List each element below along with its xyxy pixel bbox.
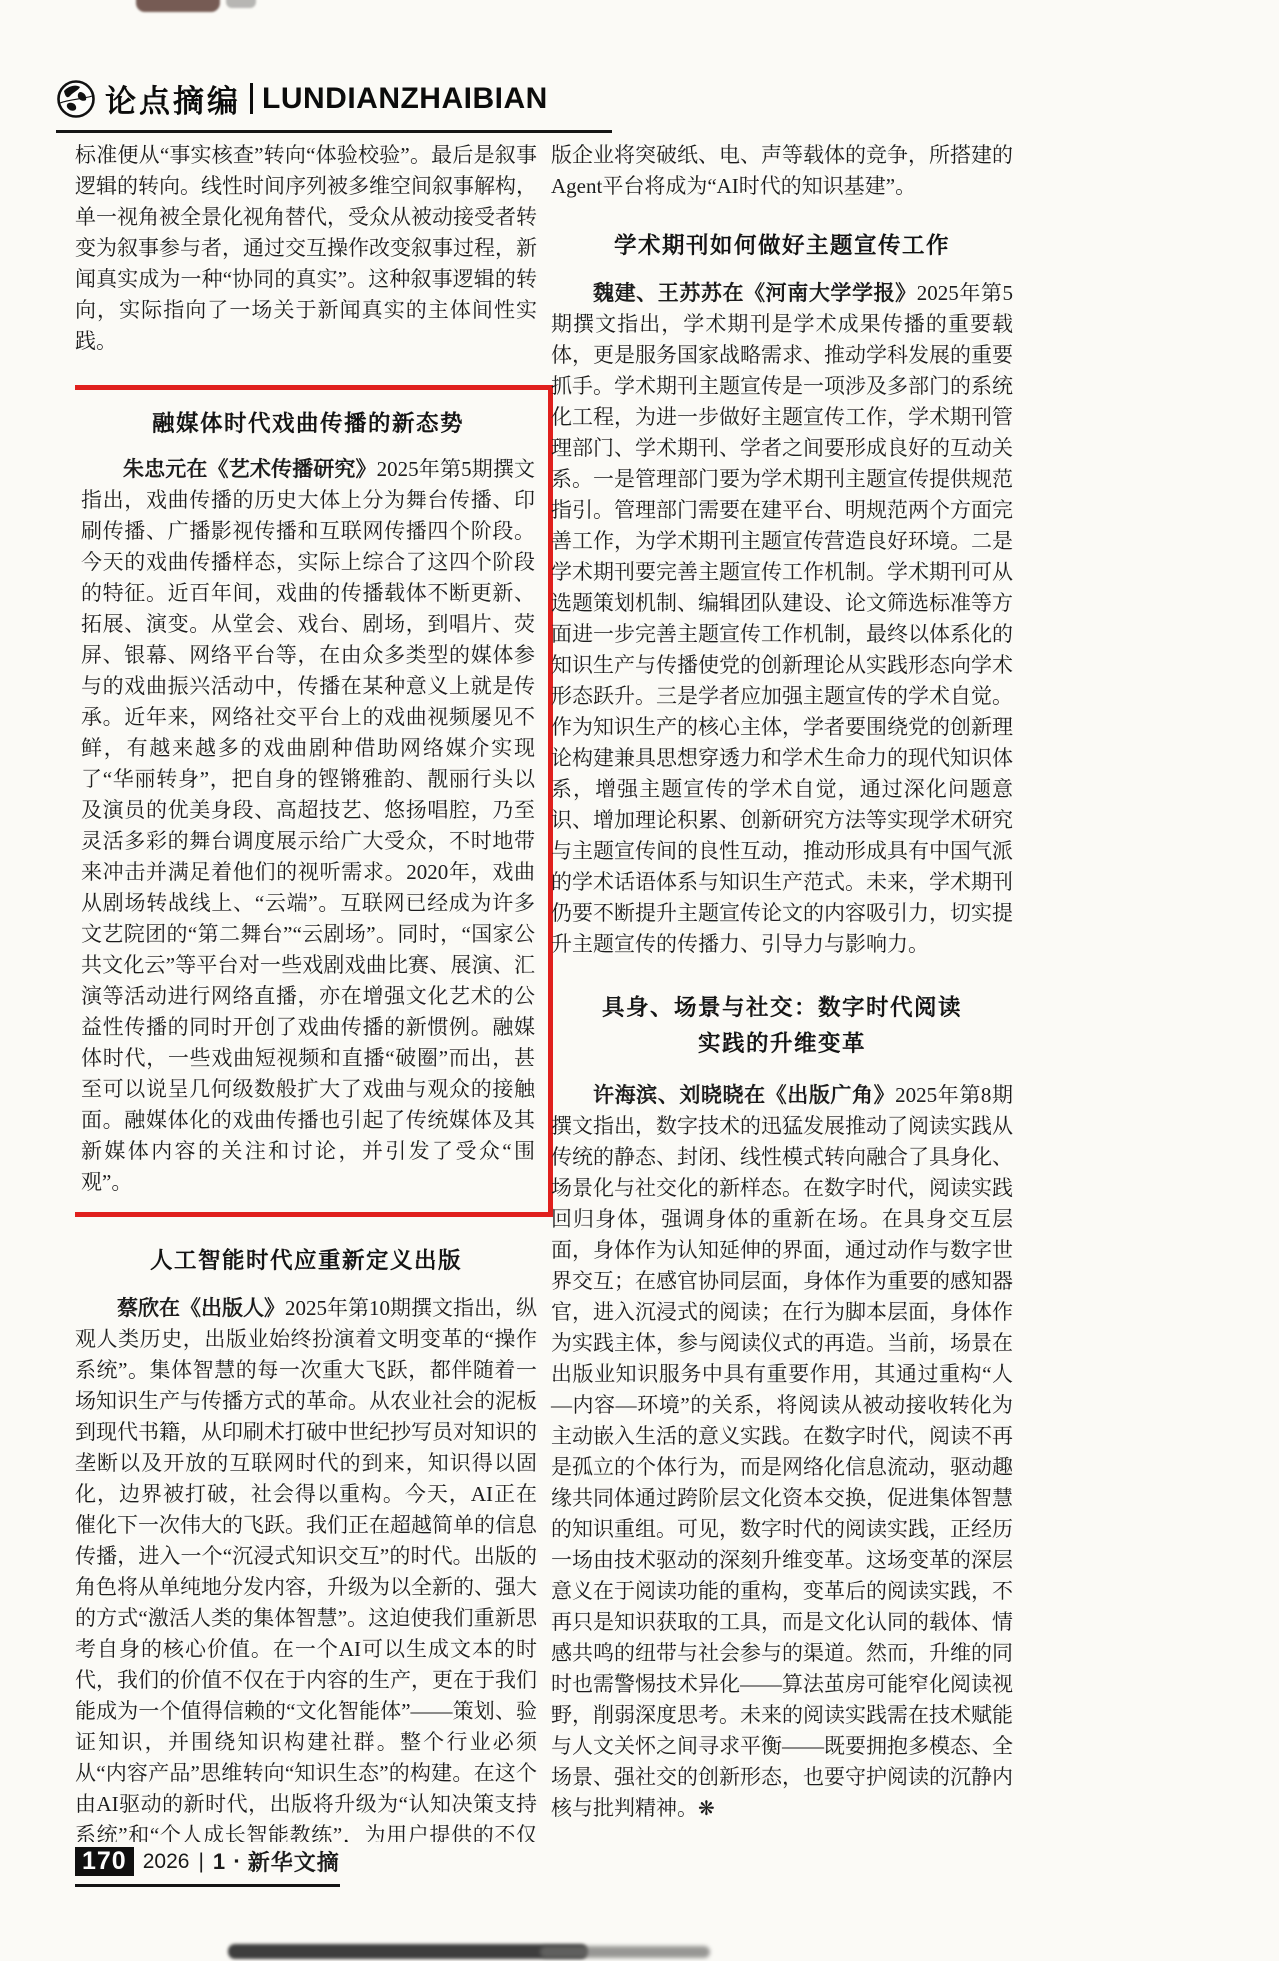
footer-magazine-name: 新华文摘 [248, 1846, 340, 1877]
article-author-journal: 魏建、王苏苏在《河南大学学报》 [593, 281, 917, 305]
section-masthead: 论点摘编 LUNDIANZHAIBIAN [56, 76, 612, 133]
article-end-mark: ❋ [698, 1798, 715, 1820]
highlighted-article-red-box: 融媒体时代戏曲传播的新态势 朱忠元在《艺术传播研究》2025年第5期撰文指出，戏… [75, 385, 553, 1217]
scan-artifact-bottom-dark [228, 1944, 588, 1959]
page-footer: 170 2026 | 1 ▪ 新华文摘 [75, 1846, 340, 1887]
article-text: 2025年第5期撰文指出，学术期刊是学术成果传播的重要载体，更是服务国家战略需求… [551, 281, 1013, 956]
article-author-journal: 蔡欣在《出版人》 [117, 1296, 285, 1320]
masthead-divider [250, 83, 253, 114]
page-number-badge: 170 [75, 1847, 134, 1876]
footer-year: 2026 [143, 1850, 190, 1874]
scan-artifact-bottom-light [540, 1946, 710, 1958]
section-title-pinyin: LUNDIANZHAIBIAN [262, 82, 548, 116]
globe-logo-icon [56, 79, 96, 119]
article-body-ai-publishing: 蔡欣在《出版人》2025年第10期撰文指出，纵观人类历史，出版业始终扮演着文明变… [75, 1293, 537, 1842]
article-title-xiqu: 融媒体时代戏曲传播的新态势 [81, 406, 535, 438]
article-title-journal-publicity: 学术期刊如何做好主题宣传工作 [551, 228, 1013, 260]
article-fragment-continued: 版企业将突破纸、电、声等载体的竞争，所搭建的Agent平台将成为“AI时代的知识… [551, 140, 1013, 202]
article-title-digital-reading: 具身、场景与社交：数字时代阅读实践的升维变革 [551, 990, 1013, 1062]
title-line-2: 实践的升维变革 [698, 1031, 866, 1056]
article-text: 2025年第5期撰文指出，戏曲传播的历史大体上分为舞台传播、印刷传播、广播影视传… [81, 457, 535, 1194]
article-body-digital-reading: 许海滨、刘晓晓在《出版广角》2025年第8期撰文指出，数字技术的迅猛发展推动了阅… [551, 1080, 1013, 1825]
scan-artifact-top-left [136, 0, 220, 12]
footer-bullet-icon: ▪ [234, 1853, 239, 1869]
previous-article-fragment: 标准便从“事实核查”转向“体验校验”。最后是叙事逻辑的转向。线性时间序列被多维空… [75, 140, 537, 357]
right-column: 版企业将突破纸、电、声等载体的竞争，所搭建的Agent平台将成为“AI时代的知识… [551, 140, 1013, 1842]
article-body-xiqu: 朱忠元在《艺术传播研究》2025年第5期撰文指出，戏曲传播的历史大体上分为舞台传… [81, 454, 535, 1198]
article-title-ai-publishing: 人工智能时代应重新定义出版 [75, 1243, 537, 1275]
section-title-chinese: 论点摘编 [105, 76, 241, 121]
article-author-journal: 朱忠元在《艺术传播研究》 [123, 457, 377, 481]
article-author-journal: 许海滨、刘晓晓在《出版广角》 [593, 1083, 895, 1107]
two-column-text-area: 标准便从“事实核查”转向“体验校验”。最后是叙事逻辑的转向。线性时间序列被多维空… [75, 140, 1013, 1842]
left-column: 标准便从“事实核查”转向“体验校验”。最后是叙事逻辑的转向。线性时间序列被多维空… [75, 140, 537, 1842]
article-body-journal-publicity: 魏建、王苏苏在《河南大学学报》2025年第5期撰文指出，学术期刊是学术成果传播的… [551, 278, 1013, 960]
article-text: 2025年第8期撰文指出，数字技术的迅猛发展推动了阅读实践从传统的静态、封闭、线… [551, 1083, 1013, 1820]
title-line-1: 具身、场景与社交：数字时代阅读 [602, 995, 962, 1020]
article-text: 2025年第10期撰文指出，纵观人类历史，出版业始终扮演着文明变革的“操作系统”… [75, 1296, 537, 1842]
footer-separator: | [198, 1850, 203, 1874]
magazine-scan-page: 论点摘编 LUNDIANZHAIBIAN 标准便从“事实核查”转向“体验校验”。… [0, 0, 1279, 1961]
scan-artifact-top-small [226, 0, 256, 8]
footer-issue-number: 1 [213, 1849, 225, 1875]
